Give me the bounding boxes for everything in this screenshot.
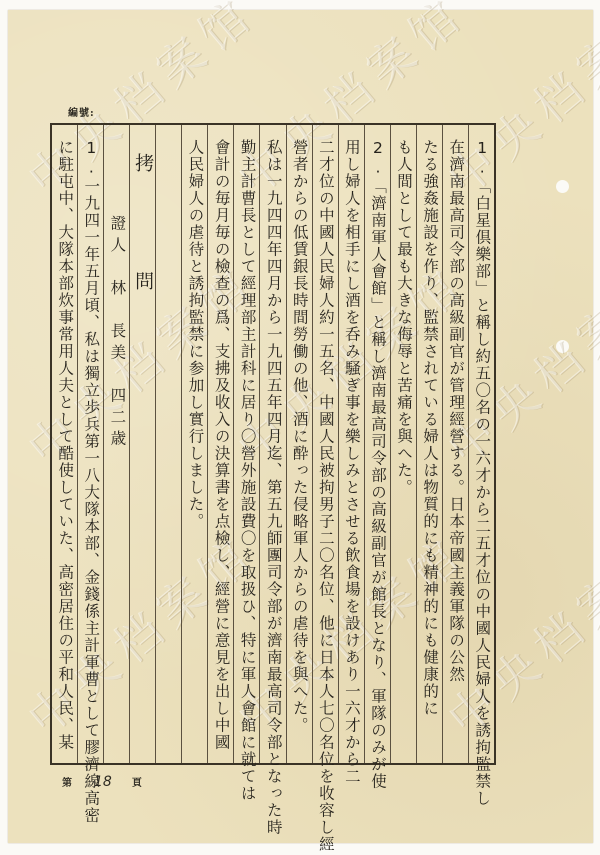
text-column: 會計の毎月毎の檢查の爲、支拂及收入の決算書を点檢し、經營に意見を出し中國 (207, 125, 233, 763)
text-column: 1.「白星倶樂部」と稱し約五〇名の一六才から二五才位の中國人民婦人を誘拘監禁し (468, 125, 494, 763)
section-heading: 拷 問 (133, 125, 152, 763)
handwritten-line: 在濟南最高司令部の高級副官が管理經營する。日本帝國主義軍隊の公然 (448, 125, 464, 763)
text-column: も人間として最も大きな侮辱と苦痛を與へた。 (390, 125, 416, 763)
text-column: 勤主計曹長として經理部主計科に居り〇營外施設費〇を取扱ひ、特に軍人會館に就ては (233, 125, 259, 763)
witness-line: 證人 林 長美 四二歳 (109, 125, 125, 763)
text-column: 2.「濟南軍人會館」と稱し濟南最高司令部の高級副官が館長となり、軍隊のみが使 (364, 125, 390, 763)
handwritten-line: 二才位の中國人民婦人約一五名、中國人民被拘男子二〇名位、他に日本人七〇名位を收容… (317, 125, 333, 763)
text-column: 用し婦人を相手にし酒を呑み騒ぎ事を樂しみとさせる飲食場を設けあり一六才から二 (338, 125, 364, 763)
handwritten-line: たる強姦施設を作り、監禁されている婦人は物質的にも精神的にも健康的に (422, 125, 438, 763)
text-column: 人民婦人の虐待と誘拘監禁に参加し實行しました。 (181, 125, 207, 763)
text-column (155, 125, 181, 763)
handwritten-line: 營者からの低賃銀長時間勞働の他、酒に酔った侵略軍人からの虐待を與へた。 (291, 125, 307, 763)
manuscript-grid: 1.「白星倶樂部」と稱し約五〇名の一六才から二五才位の中國人民婦人を誘拘監禁し … (50, 123, 496, 765)
handwritten-line: 1.一九四一年五月頃、私は獨立歩兵第一八大隊本部、金錢係主計軍曹として膠濟線高密 (83, 125, 99, 763)
handwritten-line: 1.「白星倶樂部」と稱し約五〇名の一六才から二五才位の中國人民婦人を誘拘監禁し (474, 125, 490, 763)
page-number: 18 (94, 774, 112, 790)
page-footer: 第18頁 (62, 774, 142, 790)
punch-hole-bottom (556, 340, 569, 353)
serial-number-label: 編號: (68, 104, 95, 119)
handwritten-line: 私は一九四四年四月から一九四五年四月迄、第五九師團司令部が濟南最高司令部となった… (265, 125, 281, 763)
text-column: たる強姦施設を作り、監禁されている婦人は物質的にも精神的にも健康的に (416, 125, 442, 763)
text-column: 在濟南最高司令部の高級副官が管理經營する。日本帝國主義軍隊の公然 (442, 125, 468, 763)
text-column: 1.一九四一年五月頃、私は獨立歩兵第一八大隊本部、金錢係主計軍曹として膠濟線高密 (77, 125, 103, 763)
page-prefix: 第 (62, 778, 72, 789)
handwritten-line: 2.「濟南軍人會館」と稱し濟南最高司令部の高級副官が館長となり、軍隊のみが使 (369, 125, 385, 763)
text-column: 證人 林 長美 四二歳 (103, 125, 129, 763)
handwritten-line: 勤主計曹長として經理部主計科に居り〇營外施設費〇を取扱ひ、特に軍人會館に就ては (239, 125, 255, 763)
text-column: 二才位の中國人民婦人約一五名、中國人民被拘男子二〇名位、他に日本人七〇名位を收容… (312, 125, 338, 763)
text-column: 私は一九四四年四月から一九四五年四月迄、第五九師團司令部が濟南最高司令部となった… (259, 125, 285, 763)
handwritten-line: に駐屯中、大隊本部炊事常用人夫として酷使していた、高密居住の平和人民、某 (57, 125, 73, 763)
handwritten-line: 人民婦人の虐待と誘拘監禁に参加し實行しました。 (187, 125, 203, 763)
punch-hole-top (556, 180, 569, 193)
handwritten-line: 會計の毎月毎の檢查の爲、支拂及收入の決算書を点檢し、經營に意見を出し中國 (213, 125, 229, 763)
text-column: に駐屯中、大隊本部炊事常用人夫として酷使していた、高密居住の平和人民、某 (52, 125, 77, 763)
text-column: 營者からの低賃銀長時間勞働の他、酒に酔った侵略軍人からの虐待を與へた。 (286, 125, 312, 763)
handwritten-line: 用し婦人を相手にし酒を呑み騒ぎ事を樂しみとさせる飲食場を設けあり一六才から二 (343, 125, 359, 763)
handwritten-line: も人間として最も大きな侮辱と苦痛を與へた。 (396, 125, 412, 763)
page-suffix: 頁 (132, 778, 142, 789)
text-column: 拷 問 (129, 125, 155, 763)
